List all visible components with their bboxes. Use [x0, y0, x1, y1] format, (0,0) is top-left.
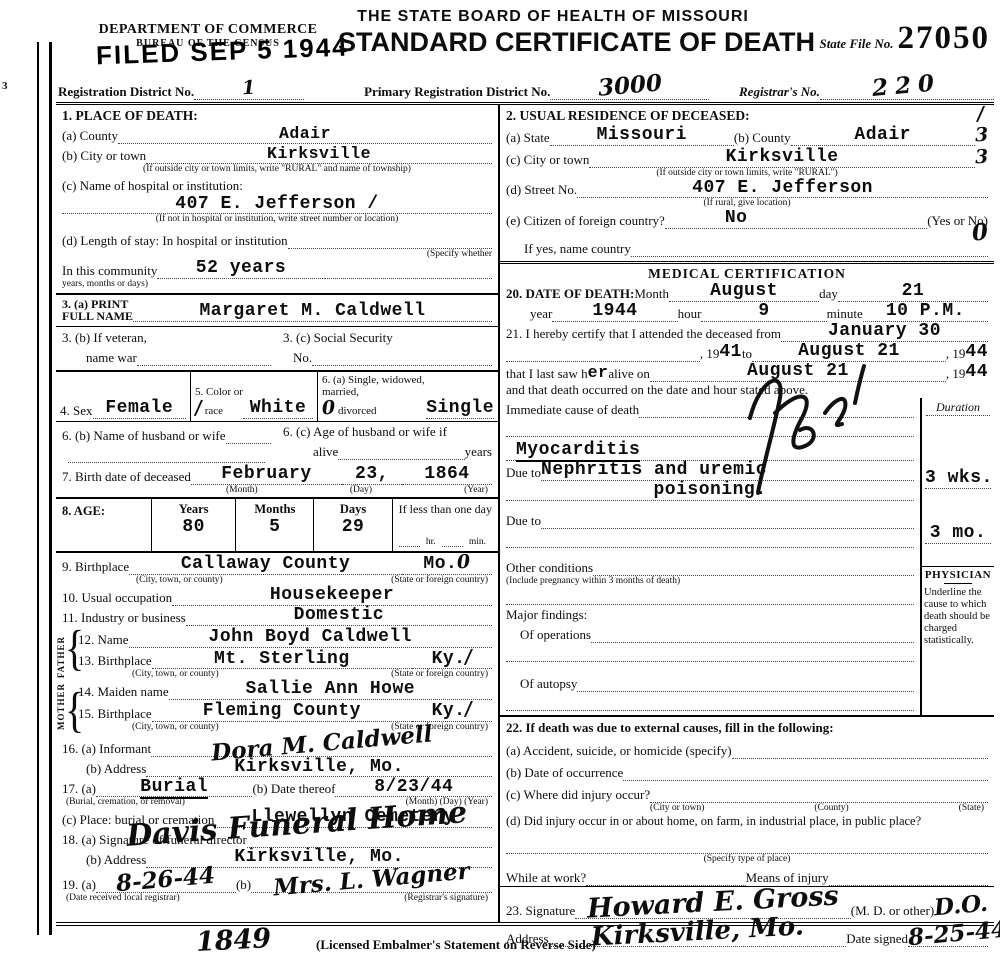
spouse-section: 6. (b) Name of husband or wife 6. (c) Ag…	[56, 422, 498, 465]
stay-field	[288, 234, 492, 249]
day-label: day	[819, 286, 838, 302]
state-file-block: State File No. 27050	[740, 20, 990, 57]
stay-row: (d) Length of stay: In hospital or insti…	[56, 229, 498, 249]
veteran-field	[137, 351, 271, 366]
place-of-death-title: 1. PLACE OF DEATH:	[56, 105, 498, 124]
attended-from-row: 21. I hereby certify that I attended the…	[500, 322, 994, 342]
minute-label: minute	[827, 306, 863, 322]
registration-row: Registration District No. 1 Primary Regi…	[58, 74, 994, 100]
birthplace-field: Callaway County	[129, 555, 402, 575]
cause-blank-line-4	[506, 645, 914, 662]
external-causes-section: 22. If death was due to external causes,…	[500, 715, 994, 886]
spouse-age-label2: alive	[313, 444, 338, 460]
degree-mark: D.O.	[933, 889, 989, 921]
margin-note: 3	[2, 80, 8, 92]
right-column: / 2. USUAL RESIDENCE OF DECEASED: (a) St…	[500, 105, 994, 922]
mother-maiden-label: 14. Maiden name	[78, 684, 169, 700]
injury-place-label: (d) Did injury occur in or about home, o…	[500, 814, 994, 829]
father-name-label: 12. Name	[78, 632, 129, 648]
community-row: In this community 52 years	[56, 259, 498, 279]
receipt-label: 19. (a)	[62, 877, 96, 893]
other-conditions-label: Other conditions	[506, 560, 593, 576]
birth-date-label: 7. Birth date of deceased	[62, 469, 191, 485]
occupation-label: 10. Usual occupation	[62, 590, 172, 606]
age-less-than-cell: If less than one day hr. min.	[392, 499, 498, 551]
disposition-date-field: 8/23/44	[335, 778, 492, 798]
hr-min-row: hr. min.	[399, 527, 492, 547]
county-field: Adair	[118, 125, 492, 144]
date-of-death-section: 20. DATE OF DEATH: Month August day 21 y…	[500, 282, 994, 322]
ssn-row: No.	[283, 346, 492, 366]
hospital-label: (c) Name of hospital or institution:	[62, 178, 243, 194]
death-year-hour-row: year 1944 hour 9 minute 10 P.M.	[500, 302, 994, 322]
name-country-row: If yes, name country	[500, 237, 994, 257]
days-label: Days	[320, 502, 385, 517]
date-of-death-label: 20. DATE OF DEATH:	[506, 286, 634, 302]
registration-district-label: Registration District No.	[58, 84, 194, 100]
certificate-title: STANDARD CERTIFICATE OF DEATH	[338, 27, 768, 58]
full-name-field: Margaret M. Caldwell	[133, 302, 492, 322]
residence-county-field: Adair	[791, 126, 975, 146]
embalmer-statement-note: (Licensed Embalmer's Statement on Revers…	[316, 937, 596, 953]
parents-rows: 12. Name John Boyd Caldwell 13. Birthpla…	[72, 628, 498, 733]
citizen-label: (e) Citizen of foreign country?	[506, 213, 665, 229]
physician-label: PHYSICIAN	[924, 569, 992, 581]
years-value: 80	[158, 517, 229, 537]
major-findings-label: Major findings:	[500, 605, 920, 623]
injury-where-label: (c) Where did injury occur?	[506, 787, 650, 803]
mother-birthplace-hints: (City, town, or county) (State or foreig…	[72, 722, 498, 732]
community-hint: years, months or days)	[56, 279, 498, 289]
industry-row: 11. Industry or business Domestic	[56, 606, 498, 626]
marital-field: Single	[426, 399, 494, 419]
veteran-block: 3. (b) If veteran, name war	[56, 330, 277, 366]
informant-label: 16. (a) Informant	[62, 741, 151, 757]
means-field	[829, 871, 988, 886]
informant-address-label: (b) Address	[86, 761, 146, 777]
marital-label: 6. (a) Single, widowed, married, 0 divor…	[322, 374, 426, 419]
name-country-label: If yes, name country	[524, 241, 631, 257]
parents-side-labels: FATHER MOTHER { {	[56, 628, 72, 733]
father-mark: /	[465, 647, 473, 667]
ssn-label: 3. (c) Social Security	[283, 330, 492, 346]
attended-blank-field	[506, 347, 700, 362]
year-label: year	[530, 306, 552, 322]
receipt-b-label: (b)	[236, 877, 251, 893]
hospital-field: 407 E. Jefferson /	[62, 195, 492, 215]
residence-city-field: Kirksville	[589, 148, 974, 168]
certify-text: 21. I hereby certify that I attended the…	[506, 326, 781, 342]
certificate-footer: 1849 (Licensed Embalmer's Statement on R…	[56, 929, 994, 965]
name-country-field	[631, 242, 988, 257]
informant-address-field: Kirksville, Mo.	[146, 758, 492, 778]
veteran-label: 3. (b) If veteran,	[62, 330, 271, 346]
citizen-field: No	[665, 209, 927, 229]
due-to-label-2: Due to	[506, 513, 541, 529]
external-causes-title: 22. If death was due to external causes,…	[500, 719, 994, 737]
community-field-extra	[325, 264, 492, 279]
hour-label: hour	[678, 306, 702, 322]
year2-value: 44	[965, 342, 988, 362]
cause-blank-line-2	[506, 531, 914, 548]
usual-residence-section: / 2. USUAL RESIDENCE OF DECEASED: (a) St…	[500, 105, 994, 264]
race-checkmark: /	[194, 398, 202, 419]
birth-date-hints: (Month) (Day) (Year)	[56, 485, 498, 495]
death-certificate-scan: 3 DEPARTMENT OF COMMERCE BUREAU OF THE C…	[0, 0, 1000, 967]
cause-of-death-section: Immediate cause of death Myocarditis Due…	[500, 398, 994, 715]
spouse-name-blank-line	[68, 446, 265, 463]
due-to2-field	[541, 514, 914, 529]
race-label: 5. Color or / race	[195, 386, 243, 419]
cause2-duration: 3 mo.	[925, 523, 991, 544]
physician-note-block: PHYSICIAN Underline the cause to which d…	[922, 566, 994, 649]
father-birthplace-state-field: Ky./	[412, 648, 492, 670]
work-means-row: While at work? Means of injury	[500, 864, 994, 886]
mother-birthplace-state-field: Ky./	[412, 700, 492, 722]
birthplace-section: 9. Birthplace Callaway County Mo.0 (City…	[56, 553, 498, 625]
residence-county-label: (b) County	[734, 130, 791, 146]
state-file-label: State File No.	[819, 36, 893, 51]
accident-row: (a) Accident, suicide, or homicide (spec…	[500, 737, 994, 759]
informant-field: Dora M. Caldwell	[151, 732, 492, 757]
registrar-number-value: 220	[820, 72, 994, 100]
board-title: THE STATE BOARD OF HEALTH OF MISSOURI	[338, 8, 768, 26]
left-margin-rule-heavy	[49, 42, 52, 935]
city-hint: (If outside city or town limits, write "…	[56, 164, 498, 174]
residence-corner-mark: /	[976, 103, 984, 125]
other-conditions-field	[593, 561, 914, 576]
autopsy-label: Of autopsy	[520, 676, 577, 692]
mother-brace: {	[65, 685, 84, 735]
other-conditions-row: Other conditions	[500, 556, 920, 576]
registrar-receipt-section: 19. (a) 8-26-44 (b) Mrs. L. Wagner (Date…	[56, 868, 498, 904]
age-label-cell: 8. AGE:	[56, 499, 151, 551]
years-label: Years	[158, 502, 229, 517]
occupation-field: Housekeeper	[172, 586, 492, 606]
race-field: White	[243, 399, 313, 419]
spouse-name-label: 6. (b) Name of husband or wife	[62, 428, 226, 444]
citizen-row: (e) Citizen of foreign country? No (Yes …	[500, 209, 994, 229]
age-years-cell: Years 80	[151, 499, 235, 551]
primary-registration-district: Primary Registration District No. 3000	[364, 72, 709, 100]
year3-prefix: , 19	[946, 366, 966, 382]
spouse-age-suffix: years	[465, 444, 492, 460]
death-minute-field: 10 P.M.	[863, 302, 988, 322]
days-value: 29	[320, 517, 385, 537]
signature-label: 23. Signature	[506, 903, 575, 919]
citizen-mark: 0	[971, 218, 989, 246]
community-label: In this community	[62, 263, 157, 279]
occurrence-date-row: (b) Date of occurrence	[500, 759, 994, 781]
spouse-name-row: 6. (b) Name of husband or wife	[62, 424, 271, 444]
due-to2-row: Due to	[500, 509, 920, 529]
cause-blank-line-3	[506, 588, 914, 605]
ssn-block: 3. (c) Social Security No.	[277, 330, 498, 366]
months-label: Months	[242, 502, 307, 517]
registrar-receipt-row: 19. (a) 8-26-44 (b) Mrs. L. Wagner	[56, 868, 498, 893]
industry-field: Domestic	[186, 606, 492, 626]
spouse-age-label: 6. (c) Age of husband or wife if	[283, 424, 492, 440]
death-day-field: 21	[838, 282, 988, 302]
year1-prefix: , 19	[700, 346, 720, 362]
physician-scrawl-mark	[730, 358, 880, 498]
disposition-type-field: Burial	[96, 778, 253, 798]
birthplace-mark: 0	[457, 553, 471, 574]
mother-maiden-field: Sallie Ann Howe	[169, 680, 492, 700]
spouse-age-row: alive years	[283, 440, 492, 460]
certificate-form: 1. PLACE OF DEATH: (a) County Adair (b) …	[56, 102, 994, 926]
informant-row: 16. (a) Informant Dora M. Caldwell	[56, 732, 498, 757]
father-name-row: 12. Name John Boyd Caldwell	[72, 628, 498, 648]
due-to-label-1: Due to	[506, 465, 541, 481]
hospital-value-row: 407 E. Jefferson /	[56, 194, 498, 214]
occurrence-date-field	[623, 766, 988, 781]
hospital-label-row: (c) Name of hospital or institution:	[56, 174, 498, 194]
medical-certification-title: MEDICAL CERTIFICATION	[500, 264, 994, 282]
registrar-number-label: Registrar's No.	[739, 84, 820, 100]
min-field	[442, 532, 463, 547]
residence-street-field: 407 E. Jefferson	[577, 179, 988, 199]
month-label: Month	[634, 286, 669, 302]
ssn-field	[312, 351, 492, 366]
physician-note: Underline the cause to which death shoul…	[924, 587, 992, 647]
disposition-a-label: 17. (a)	[62, 781, 96, 797]
less-than-label: If less than one day	[399, 502, 492, 517]
primary-registration-label: Primary Registration District No.	[364, 84, 550, 100]
residence-state-field: Missouri	[550, 126, 734, 146]
informant-section: 16. (a) Informant Dora M. Caldwell (b) A…	[56, 732, 498, 777]
death-month-day-row: 20. DATE OF DEATH: Month August day 21	[500, 282, 994, 302]
hospital-hint: (If not in hospital or institution, writ…	[56, 214, 498, 224]
at-work-field	[586, 871, 745, 886]
birth-date-section: 7. Birth date of deceased February 23, 1…	[56, 465, 498, 499]
father-birthplace-field: Mt. Sterling	[152, 650, 412, 670]
residence-title: 2. USUAL RESIDENCE OF DECEASED:	[500, 105, 994, 124]
father-birthplace-row: 13. Birthplace Mt. Sterling Ky./	[72, 648, 498, 670]
min-label: min.	[463, 537, 492, 547]
veteran-label2: name war	[86, 350, 137, 366]
county-label: (a) County	[62, 128, 118, 144]
spouse-age-field	[338, 445, 464, 460]
at-work-label: While at work?	[506, 870, 586, 886]
other-conditions-hint: (Include pregnancy within 3 months of de…	[500, 576, 920, 586]
residence-city-label: (c) City or town	[506, 152, 589, 168]
birthplace-state-field: Mo.0	[402, 553, 492, 575]
autopsy-row: Of autopsy	[500, 672, 920, 692]
city-label: (b) City or town	[62, 148, 146, 164]
mother-mark: /	[465, 700, 473, 720]
county-row: (a) County Adair	[56, 124, 498, 144]
birthplace-row: 9. Birthplace Callaway County Mo.0	[56, 553, 498, 575]
mother-birthplace-label: 15. Birthplace	[78, 706, 152, 722]
accident-label: (a) Accident, suicide, or homicide (spec…	[506, 743, 732, 759]
father-name-field: John Boyd Caldwell	[129, 628, 492, 648]
year2-prefix: , 19	[946, 346, 966, 362]
death-year-field: 1944	[552, 302, 677, 322]
birth-month-field: February	[191, 465, 342, 485]
months-value: 5	[242, 517, 307, 537]
injury-where-row: (c) Where did injury occur?	[500, 781, 994, 803]
attended-from-field: January 30	[781, 322, 988, 342]
birth-day-field: 23,	[342, 465, 402, 485]
primary-registration-value: 3000	[550, 72, 709, 100]
title-block: THE STATE BOARD OF HEALTH OF MISSOURI ST…	[338, 8, 768, 58]
state-file-number: 27050	[898, 20, 991, 56]
parents-section: FATHER MOTHER { { 12. Name John Boyd Cal…	[56, 628, 498, 733]
hr-field	[399, 532, 420, 547]
city-row: (b) City or town Kirksville	[56, 144, 498, 164]
birth-year-field: 1864	[402, 465, 492, 485]
operations-label: Of operations	[520, 627, 591, 643]
death-month-field: August	[669, 282, 819, 302]
certificate-header: DEPARTMENT OF COMMERCE BUREAU OF THE CEN…	[58, 6, 994, 70]
race-cell: 5. Color or / race White	[190, 372, 317, 421]
physician-signature-field: Howard E. Gross	[575, 889, 850, 918]
sex-race-marital-section: 4. Sex Female 5. Color or / race White 6…	[56, 372, 498, 422]
age-section: 8. AGE: Years 80 Months 5 Days 29 If les…	[56, 499, 498, 553]
marital-mark: 0	[321, 398, 335, 420]
year3-value: 44	[965, 362, 988, 382]
residence-county-mark: 3	[974, 124, 988, 147]
duration-column: Duration 3 wks. 3 mo. PHYSICIAN Underlin…	[920, 398, 994, 715]
physician-divider	[944, 583, 972, 584]
community-field: 52 years	[157, 259, 324, 279]
sex-cell: 4. Sex Female	[56, 372, 190, 421]
cause1-duration: 3 wks.	[925, 468, 991, 489]
stay-label: (d) Length of stay: In hospital or insti…	[62, 233, 288, 249]
injury-where-field	[650, 788, 988, 803]
father-brace: {	[65, 623, 84, 673]
birthplace-label: 9. Birthplace	[62, 559, 129, 575]
residence-state-label: (a) State	[506, 130, 550, 146]
age-months-cell: Months 5	[235, 499, 313, 551]
veteran-ssn-section: 3. (b) If veteran, name war 3. (c) Socia…	[56, 327, 498, 372]
birth-date-row: 7. Birth date of deceased February 23, 1…	[56, 465, 498, 485]
injury-where-hints: (City or town) (County) (State)	[500, 803, 994, 813]
md-or-other-label: (M. D. or other)	[851, 903, 934, 919]
cause-main-column: Immediate cause of death Myocarditis Due…	[500, 398, 920, 715]
registrar-number: Registrar's No. 220	[739, 72, 994, 100]
left-column: 1. PLACE OF DEATH: (a) County Adair (b) …	[56, 105, 500, 922]
place-of-death-section: 1. PLACE OF DEATH: (a) County Adair (b) …	[56, 105, 498, 295]
sex-field: Female	[93, 399, 187, 419]
alive-on-label: alive on	[608, 366, 650, 382]
death-hour-field: 9	[701, 302, 826, 322]
operations-row: Of operations	[500, 623, 920, 643]
injury-place-hint: (Specify type of place)	[500, 854, 994, 864]
department-block: DEPARTMENT OF COMMERCE BUREAU OF THE CEN…	[78, 22, 338, 49]
funeral-address-label: (b) Address	[86, 852, 146, 868]
sex-label: 4. Sex	[60, 403, 93, 419]
registration-district: Registration District No. 1	[58, 77, 304, 100]
mother-maiden-row: 14. Maiden name Sallie Ann Howe	[72, 680, 498, 700]
full-name-label: 3. (a) PRINT FULL NAME	[62, 298, 133, 322]
hr-label: hr.	[420, 537, 442, 547]
spouse-name-field	[226, 429, 271, 444]
injury-place-field	[506, 837, 988, 854]
occurrence-date-label: (b) Date of occurrence	[506, 765, 623, 781]
ssn-label2: No.	[293, 350, 312, 366]
marital-cell: 6. (a) Single, widowed, married, 0 divor…	[317, 372, 498, 421]
receipt-date-field: 8-26-44	[96, 868, 236, 893]
residence-city-row: (c) City or town Kirksville 3	[500, 146, 994, 168]
occupation-row: 10. Usual occupation Housekeeper	[56, 586, 498, 606]
disposition-b-label: (b) Date thereof	[252, 781, 335, 797]
full-name-section: 3. (a) PRINT FULL NAME Margaret M. Caldw…	[56, 295, 498, 327]
residence-city-mark: 3	[974, 146, 988, 169]
disposition-row: 17. (a) Burial (b) Date thereof 8/23/44	[56, 777, 498, 797]
left-margin-rule	[37, 42, 39, 935]
father-birthplace-label: 13. Birthplace	[78, 653, 152, 669]
full-name-row: 3. (a) PRINT FULL NAME Margaret M. Caldw…	[56, 298, 498, 322]
immediate-cause-label: Immediate cause of death	[506, 402, 639, 418]
residence-state-county-row: (a) State Missouri (b) County Adair 3	[500, 124, 994, 146]
spouse-age-block: 6. (c) Age of husband or wife if alive y…	[277, 424, 498, 463]
mother-birthplace-field: Fleming County	[152, 702, 412, 722]
her-typed: er	[588, 363, 609, 382]
age-days-cell: Days 29	[313, 499, 391, 551]
residence-street-row: (d) Street No. 407 E. Jefferson	[500, 178, 994, 198]
last-saw-text: that I last saw h	[506, 366, 588, 382]
accident-field	[732, 744, 988, 759]
autopsy-field	[577, 677, 914, 692]
duration-label: Duration	[926, 400, 990, 416]
city-field: Kirksville	[146, 145, 492, 164]
registrar-signature-field: Mrs. L. Wagner	[251, 868, 492, 893]
disposition-section: Davis Funeral Home 17. (a) Burial (b) Da…	[56, 777, 498, 827]
residence-street-label: (d) Street No.	[506, 182, 577, 198]
cause-blank-line-5	[506, 694, 914, 711]
operations-field	[591, 628, 914, 643]
mother-birthplace-row: 15. Birthplace Fleming County Ky./	[72, 700, 498, 722]
footer-handwritten-number: 1849	[195, 923, 272, 958]
registration-district-value: 1	[194, 77, 304, 100]
veteran-row: name war	[62, 346, 271, 366]
spouse-name-block: 6. (b) Name of husband or wife	[56, 424, 277, 463]
